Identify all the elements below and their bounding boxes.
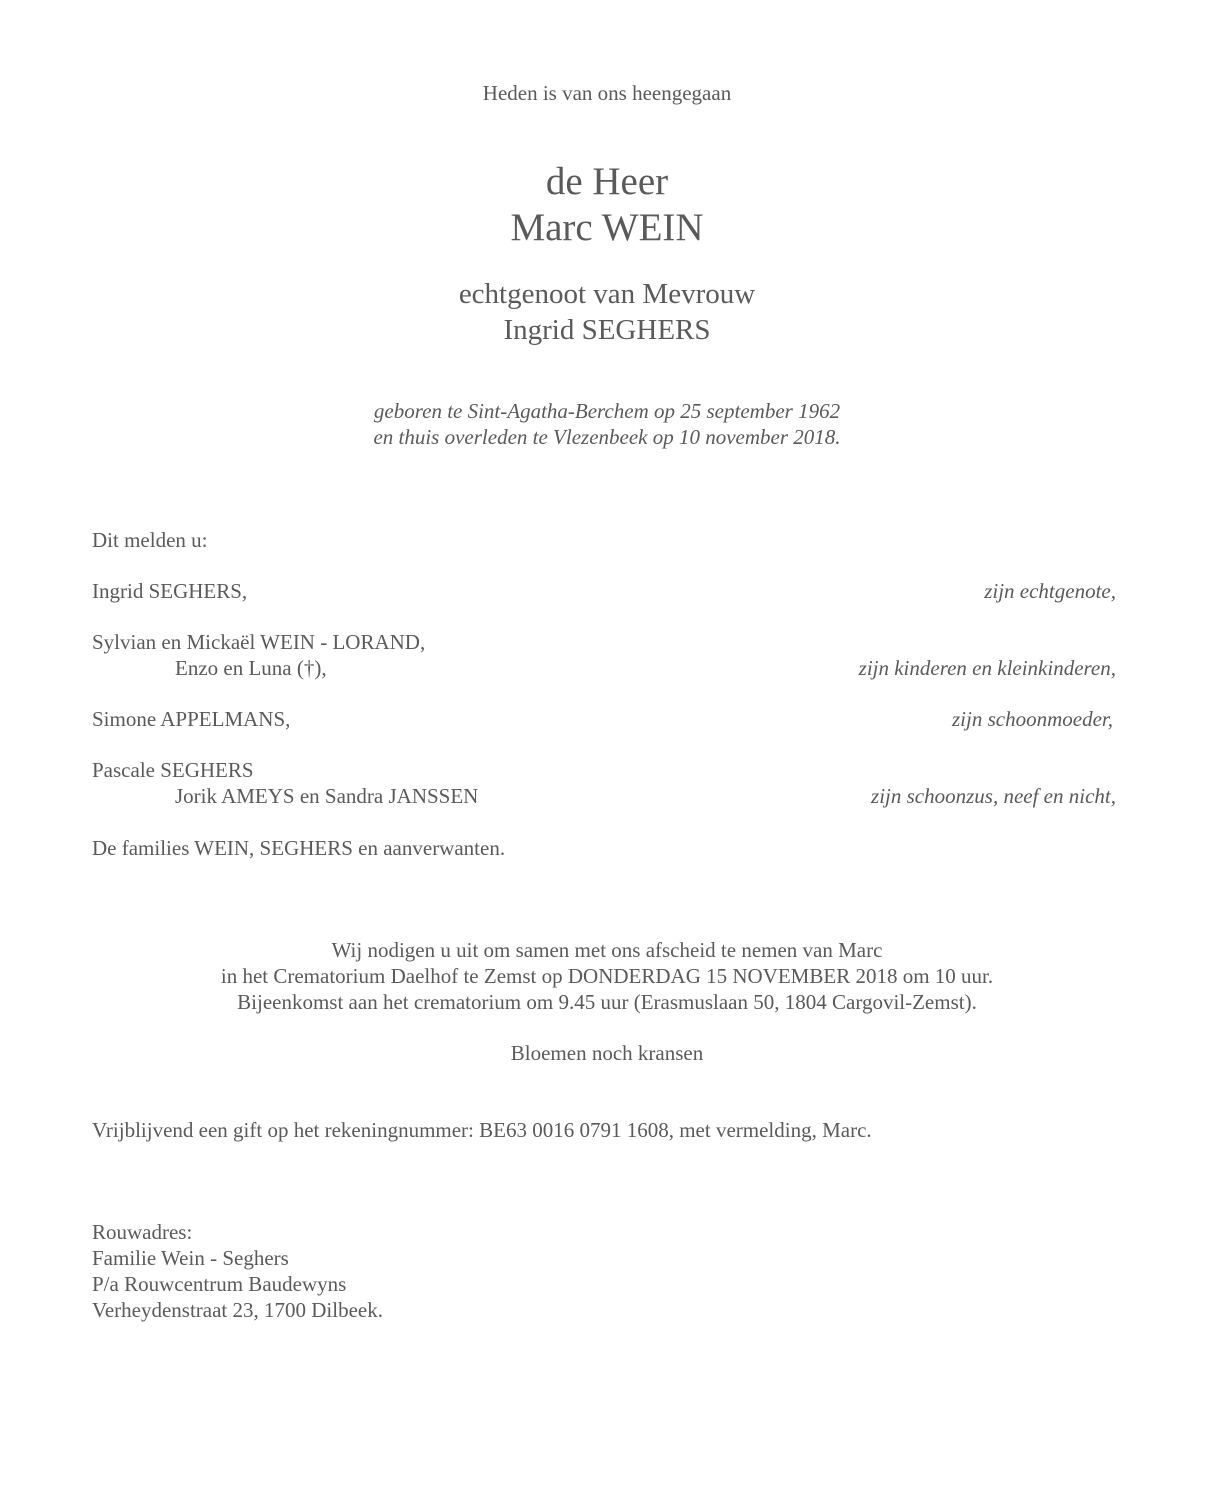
announcer-relation: zijn kinderen en kleinkinderen,	[859, 655, 1116, 681]
ceremony-line: Bijeenkomst aan het crematorium om 9.45 …	[0, 989, 1214, 1015]
title-honorific: de Heer	[0, 159, 1214, 205]
spouse-label: echtgenoot van Mevrouw	[0, 276, 1214, 312]
ceremony-line: in het Crematorium Daelhof te Zemst op D…	[0, 963, 1214, 989]
announcer-subname: Jorik AMEYS en Sandra JANSSEN	[175, 783, 478, 809]
birth-info: geboren te Sint-Agatha-Berchem op 25 sep…	[0, 398, 1214, 424]
announcer-relation: zijn echtgenote,	[984, 578, 1116, 604]
announcer-name: Simone APPELMANS,	[92, 706, 290, 732]
announcer-name: Pascale SEGHERS	[92, 757, 254, 783]
announcer-relation: zijn schoonzus, neef en nicht,	[871, 783, 1116, 809]
address-line: Verheydenstraat 23, 1700 Dilbeek.	[92, 1297, 383, 1323]
death-info: en thuis overleden te Vlezenbeek op 10 n…	[0, 424, 1214, 450]
announcer-relation: zijn schoonmoeder,	[952, 706, 1113, 732]
intro-text: Heden is van ons heengegaan	[0, 81, 1214, 106]
announcers-intro: Dit melden u:	[92, 527, 207, 553]
deceased-name: Marc WEIN	[0, 205, 1214, 251]
announcer-name: Sylvian en Mickaël WEIN - LORAND,	[92, 629, 425, 655]
announcer-name: Ingrid SEGHERS,	[92, 578, 247, 604]
ceremony-line: Wij nodigen u uit om samen met ons afsch…	[0, 937, 1214, 963]
families-text: De families WEIN, SEGHERS en aanverwante…	[92, 835, 505, 861]
flowers-note: Bloemen noch kransen	[0, 1040, 1214, 1066]
gift-note: Vrijblijvend een gift op het rekeningnum…	[92, 1117, 872, 1143]
address-line: P/a Rouwcentrum Baudewyns	[92, 1271, 346, 1297]
announcer-subname: Enzo en Luna (†),	[175, 655, 327, 681]
address-label: Rouwadres:	[92, 1219, 192, 1245]
spouse-name: Ingrid SEGHERS	[0, 312, 1214, 348]
address-line: Familie Wein - Seghers	[92, 1245, 289, 1271]
